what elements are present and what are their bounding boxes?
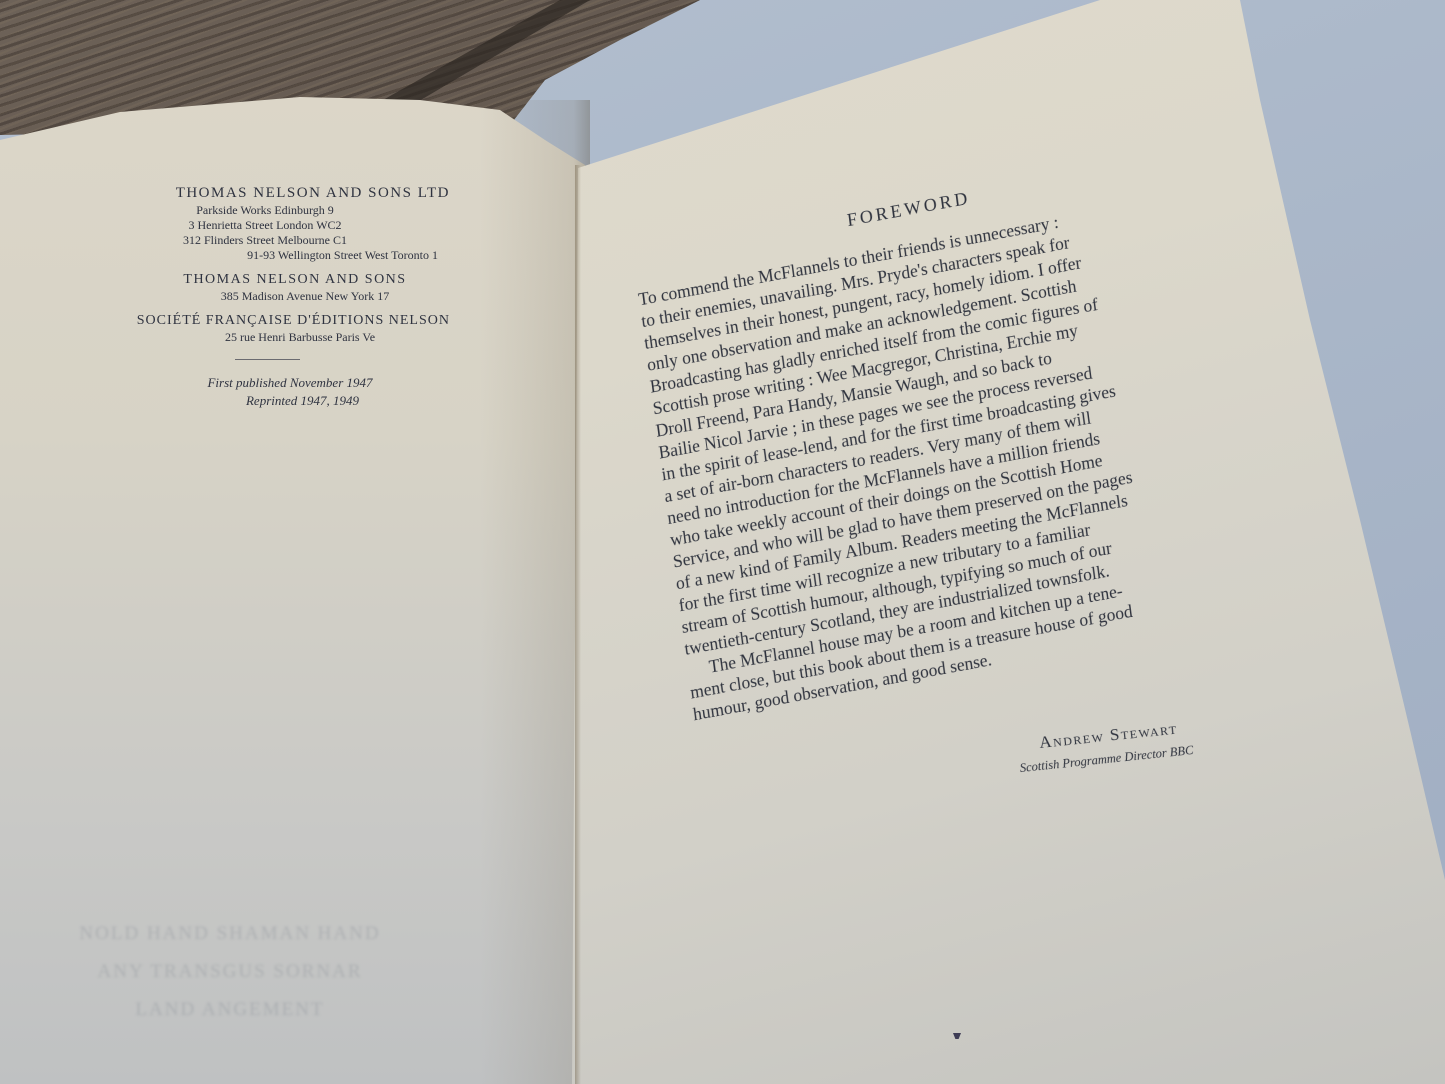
publisher-name-1: THOMAS NELSON AND SONS LTD — [110, 183, 450, 203]
reprinted: Reprinted 1947, 1949 — [110, 392, 450, 410]
first-published: First published November 1947 — [110, 374, 450, 392]
address-line: 385 Madison Avenue New York 17 — [110, 289, 450, 304]
address-line: 312 Flinders Street Melbourne C1 — [170, 233, 450, 248]
publisher-name-2: THOMAS NELSON AND SONS — [110, 271, 450, 289]
show-through-line: LAND ANGEMENT — [30, 991, 430, 1029]
address-line: 3 Henrietta Street London WC2 — [170, 218, 450, 233]
divider-rule — [235, 359, 300, 360]
book-gutter — [575, 165, 581, 1084]
address-line: 25 rue Henri Barbusse Paris Ve — [110, 330, 450, 345]
show-through-line: NOLD HAND SHAMAN HAND — [30, 915, 430, 953]
publisher-imprint: THOMAS NELSON AND SONS LTD Parkside Work… — [110, 183, 450, 410]
foreword-text-block: FOREWORD To commend the McFlannels to th… — [632, 148, 1245, 726]
show-through-line: ANY TRANSGUS SORNAR — [30, 953, 430, 991]
address-line: 91-93 Wellington Street West Toronto 1 — [170, 248, 450, 263]
publisher-name-3: SOCIÉTÉ FRANÇAISE D'ÉDITIONS NELSON — [110, 312, 450, 330]
show-through-text: NOLD HAND SHAMAN HAND ANY TRANSGUS SORNA… — [30, 915, 430, 1029]
address-line: Parkside Works Edinburgh 9 — [170, 203, 450, 218]
